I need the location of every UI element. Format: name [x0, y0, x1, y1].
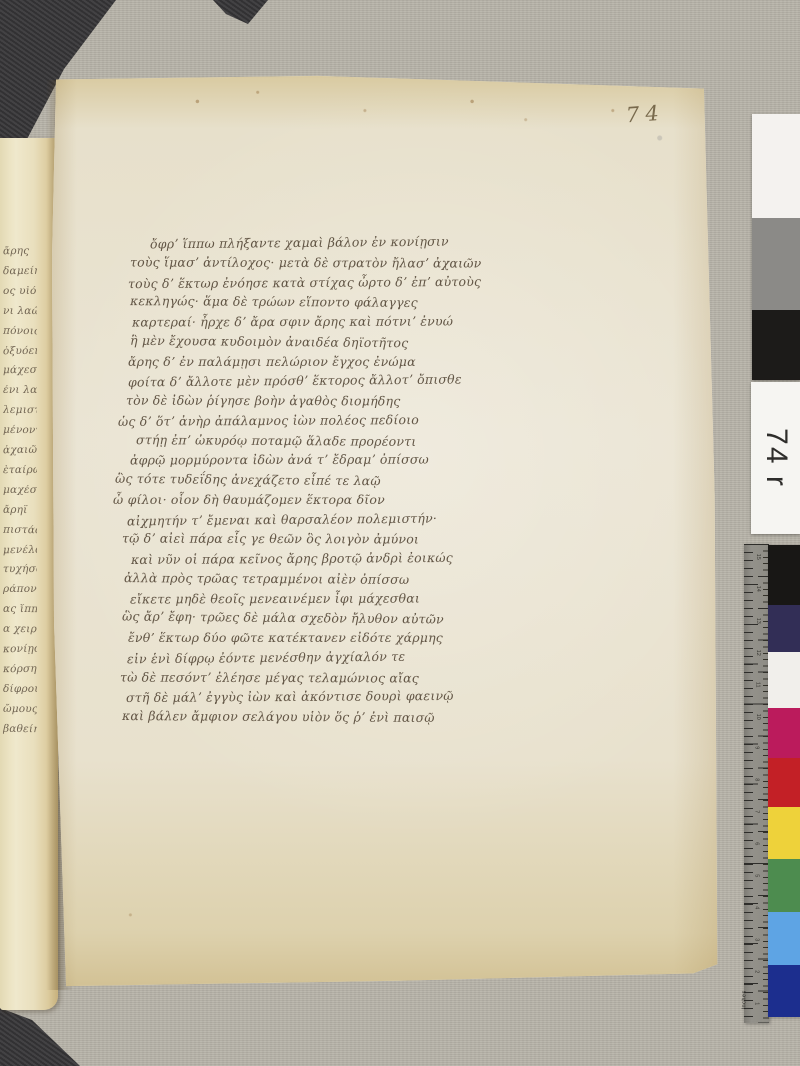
manuscript-text-line: καὶ βάλεν ἄμφιον σελάγου υἱὸν ὅς ῥʼ ἐνὶ … — [122, 710, 435, 724]
ruler-unit-label: Inches — [743, 990, 749, 1009]
facing-page-fragment: ράποντα — [3, 584, 37, 595]
facing-page-fragment: βαθείης — [3, 723, 37, 734]
calibration-patch-magenta — [768, 708, 800, 758]
manuscript-text-line: τὸν δὲ ἰδὼν ῥίγησε βοὴν ἀγαθὸς διομήδης — [126, 395, 400, 408]
manuscript-text-line: εἰν ἑνὶ δίφρῳ ἐόντε μενέσθην ἀγχίαλόν τε — [127, 650, 405, 665]
ruler-cm-number: 6 — [753, 842, 759, 845]
manuscript-text-line: ἔνθʼ ἕκτωρ δύο φῶτε κατέκτανεν εἰδότε χά… — [128, 632, 443, 645]
manuscript-text-line: τοὺς ἵμασʼ ἀντίλοχος· μετὰ δὲ στρατὸν ἤλ… — [130, 256, 481, 270]
calibration-patch-gray — [752, 218, 800, 310]
facing-page-fragment: δαμείη — [3, 266, 37, 277]
manuscript-text-line: αἰχμητήν τʼ ἔμεναι καὶ θαρσαλέον πολεμισ… — [127, 512, 437, 527]
facing-page-fragment: μάχεσθαι — [3, 365, 37, 376]
grayscale-calibration-patches — [752, 114, 800, 380]
ruler: 151413121110987654321 Inches — [744, 544, 769, 1023]
manuscript-text-line: ἀλλὰ πρὸς τρῶας τετραμμένοι αἰὲν ὀπίσσω — [124, 572, 409, 586]
manuscript-text-line: ἀφρῷ μορμύροντα ἰδὼν ἀνά τʼ ἔδραμʼ ὀπίσσ… — [130, 454, 429, 467]
manuscript-text-line: τὼ δὲ πεσόντʼ ἐλέησε μέγας τελαμώνιος αἴ… — [120, 671, 419, 684]
facing-page-fragment: μαχέσθην — [3, 485, 37, 496]
folio-number: 74 — [625, 103, 665, 127]
greek-text-block: ὄφρʼ ἵππω πλήξαντε χαμαὶ βάλον ἐν κονίῃσ… — [112, 237, 472, 747]
facing-page-fragment: α χειρῶν — [3, 624, 37, 635]
ruler-cm-number: 11 — [754, 681, 760, 687]
ruler-cm-number: 1 — [753, 1002, 759, 1005]
manuscript-text-line: ὦ φίλοι· οἷον δὴ θαυμάζομεν ἕκτορα δῖον — [113, 494, 385, 507]
facing-page-fragment: ἄρης — [3, 246, 37, 257]
folio-label-card: 74 r — [751, 382, 800, 534]
calibration-patch-green — [768, 859, 800, 912]
calibration-patch-light-blue — [768, 912, 800, 965]
ruler-cm-number: 4 — [753, 906, 759, 909]
manuscript-text-line: ὡς δʼ ὅτʼ ἀνὴρ ἀπάλαμνος ἰὼν πολέος πεδί… — [118, 414, 419, 428]
facing-page-fragment: ας ἵππους — [3, 604, 37, 615]
facing-page-fragment: μενέλαος — [3, 544, 37, 555]
ruler-cm-number: 7 — [753, 810, 759, 813]
manuscript-text-line: καρτεραί· ἦρχε δʼ ἄρα σφιν ἄρης καὶ πότν… — [132, 315, 453, 329]
manuscript-text-line: στῆ δὲ μάλʼ ἐγγὺς ἰὼν καὶ ἀκόντισε δουρὶ… — [126, 690, 454, 705]
facing-page-fragment: πιστάων — [3, 524, 37, 535]
ruler-ticks-major-left — [744, 544, 758, 1023]
facing-page-fragment: ἀχαιῶν, — [3, 445, 37, 456]
ruler-cm-number: 3 — [753, 938, 759, 941]
manuscript-text-line: τῷ δʼ αἰεὶ πάρα εἷς γε θεῶν ὃς λοιγὸν ἀμ… — [122, 533, 419, 546]
manuscript-text-line: εἴκετε μηδὲ θεοῖς μενεαινέμεν ἶφι μάχεσθ… — [130, 592, 420, 605]
facing-page-fragment: ένι λαῶν — [3, 385, 37, 396]
facing-page-fragment: κονίῃσιν — [3, 644, 37, 655]
facing-page-fragment: δίφρου — [3, 684, 37, 695]
ruler-cm-number: 9 — [753, 747, 759, 750]
calibration-patch-yellow — [768, 807, 800, 859]
manuscript-page-recto: 74 ὄφρʼ ἵππω πλήξαντε χαμαὶ βάλον ἐν κον… — [50, 74, 720, 988]
ruler-cm-number: 5 — [753, 874, 759, 877]
calibration-patch-dark-blue — [768, 965, 800, 1017]
color-calibration-patches — [768, 545, 800, 1017]
ruler-cm-number: 8 — [753, 779, 759, 782]
folio-label: 74 r — [761, 428, 791, 488]
manuscript-text-line: ἄρης δʼ ἐν παλάμῃσι πελώριον ἔγχος ἐνώμα — [128, 356, 416, 369]
facing-page-fragment: ἑταίρων — [3, 465, 37, 476]
ruler-cm-number: 12 — [754, 649, 760, 655]
calibration-patch-red — [768, 758, 800, 807]
facing-page-fragment: ος υἱός — [3, 286, 37, 297]
manuscript-text-line: ὄφρʼ ἵππω πλήξαντε χαμαὶ βάλον ἐν κονίῃσ… — [150, 236, 449, 251]
facing-page-fragment: νι λαῶν — [3, 306, 37, 317]
ruler-cm-number: 14 — [754, 586, 760, 592]
calibration-patch-black — [768, 545, 800, 605]
facing-page-fragment: πόνοιο — [3, 325, 37, 336]
facing-page-fragment: κόρσην — [3, 664, 37, 675]
ruler-cm-number: 15 — [754, 554, 760, 560]
manuscript-text-line: ὣς τότε τυδεΐδης ἀνεχάζετο εἶπέ τε λαῷ — [115, 473, 381, 488]
facing-page-fragment: ὀξυόεντα — [3, 345, 37, 356]
manuscript-text-line: ἣ μὲν ἔχουσα κυδοιμὸν ἀναιδέα δηϊοτῆτος — [130, 334, 408, 349]
facing-page-fragment: μένοντε — [3, 425, 37, 436]
calibration-patch-white — [752, 114, 800, 218]
manuscript-text-line: κεκληγώς· ἅμα δὲ τρώων εἵποντο φάλαγγες — [130, 295, 418, 309]
calibration-patch-black — [752, 310, 800, 380]
manuscript-text-line: ὣς ἄρʼ ἔφη· τρῶες δὲ μάλα σχεδὸν ἤλυθον … — [122, 611, 444, 627]
manuscript-photo: ἄρηςδαμείηος υἱόςνι λαῶνπόνοιοὀξυόενταμά… — [0, 0, 800, 1066]
ruler-cm-number: 13 — [754, 617, 760, 623]
calibration-patch-white — [768, 652, 800, 708]
manuscript-text-line: καὶ νῦν οἱ πάρα κεῖνος ἄρης βροτῷ ἀνδρὶ … — [131, 552, 453, 567]
manuscript-text-line: στήῃ ἐπʼ ὠκυρόῳ ποταμῷ ἅλαδε προρέοντι — [136, 434, 416, 448]
calibration-patch-dark-violet — [768, 605, 800, 652]
manuscript-text-line: φοίτα δʼ ἄλλοτε μὲν πρόσθʼ ἕκτορος ἄλλοτ… — [128, 374, 462, 390]
ruler-cm-number: 10 — [754, 713, 760, 719]
manuscript-text-line: τοὺς δʼ ἕκτωρ ἐνόησε κατὰ στίχας ὦρτο δʼ… — [128, 275, 481, 290]
facing-page-fragment: ὤμους — [3, 704, 37, 715]
facing-page-fragment: ἄρηϊ — [3, 505, 37, 516]
facing-page-fragment: λεμιστὴς — [3, 405, 37, 416]
facing-page-fragment: τυχήσας — [3, 564, 37, 575]
ruler-cm-number: 2 — [753, 970, 759, 973]
